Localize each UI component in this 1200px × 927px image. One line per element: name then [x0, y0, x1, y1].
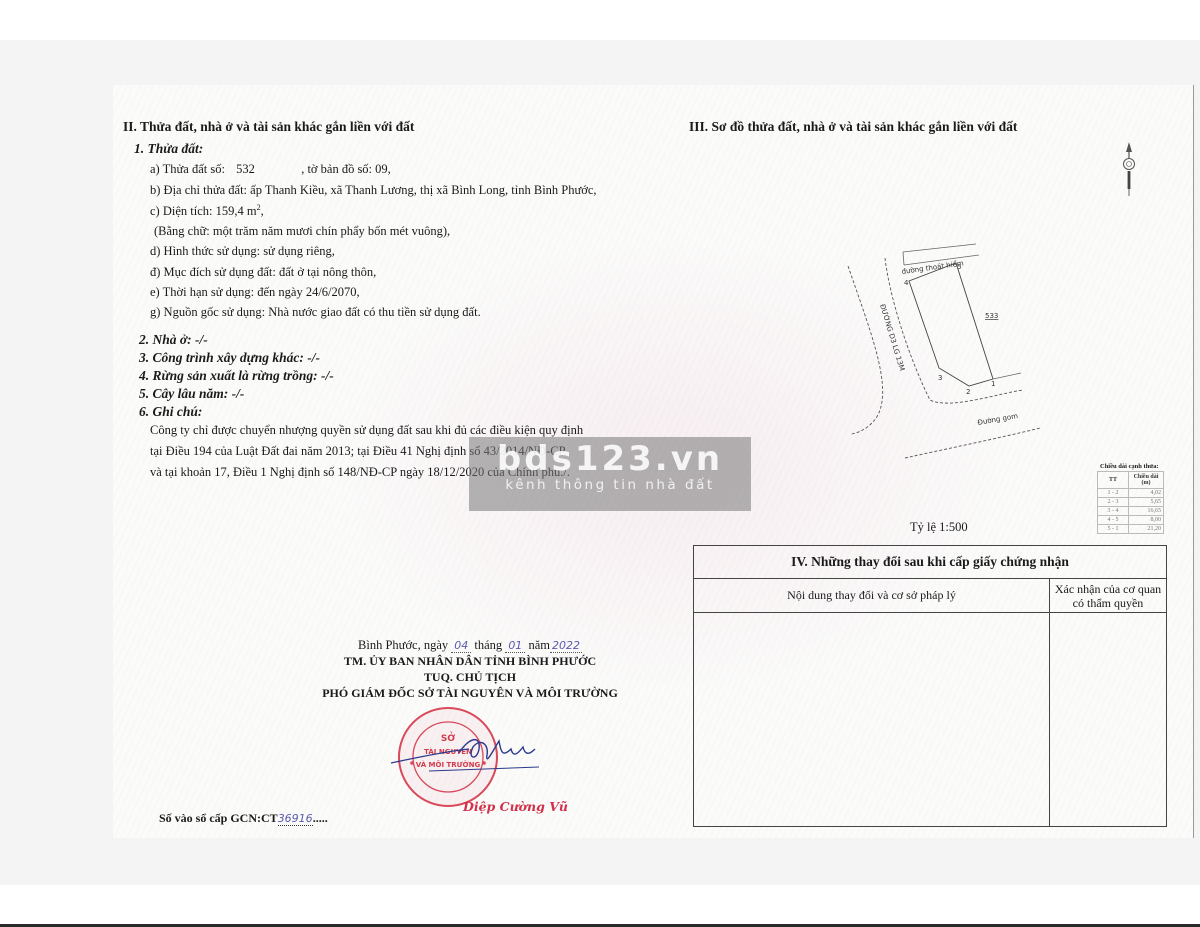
column-divider: [1049, 579, 1050, 826]
table-row: 5 - 121,20: [1098, 525, 1164, 534]
edge-length-table: TT Chiều dài (m) 1 - 24,02 2 - 35,65 3 -…: [1097, 471, 1164, 534]
main-road-label: ĐƯỜNG D3 LG 13M: [878, 303, 907, 372]
parcel-address: b) Địa chỉ thửa đất: ấp Thanh Kiều, xã T…: [150, 183, 597, 198]
parcel-area-words: (Bằng chữ: một trăm năm mươi chín phẩy b…: [154, 224, 450, 239]
parcel-number: 532: [228, 162, 298, 177]
usage-form: d) Hình thức sử dụng: sử dụng riêng,: [150, 244, 335, 259]
edge-id: 5 - 1: [1098, 525, 1129, 534]
registry-number: 36916: [278, 812, 313, 826]
neighbor-parcel-label: 533: [985, 312, 998, 320]
changes-table: IV. Những thay đổi sau khi cấp giấy chứn…: [693, 545, 1167, 827]
authority-confirmation-header: Xác nhận của cơ quancó thẩm quyền: [1050, 579, 1166, 612]
usage-origin: g) Nguồn gốc sử dụng: Nhà nước giao đất …: [150, 305, 481, 320]
point-label: 5: [957, 263, 961, 271]
year-label: năm: [528, 638, 550, 652]
house-line: 2. Nhà ở: -/-: [139, 332, 208, 348]
edge-length: 21,20: [1129, 525, 1164, 534]
section4-title: IV. Những thay đổi sau khi cấp giấy chứn…: [694, 546, 1166, 579]
other-construction-line: 3. Công trình xây dựng khác: -/-: [139, 350, 320, 366]
land-certificate-page: II. Thửa đất, nhà ở và tài sản khác gắn …: [113, 85, 1194, 838]
signature-line-1: TM. ỦY BAN NHÂN DÂN TỈNH BÌNH PHƯỚC: [270, 654, 670, 669]
north-arrow-icon: [1119, 140, 1139, 198]
date-prefix: Bình Phước, ngày: [358, 638, 448, 652]
section2-title: II. Thửa đất, nhà ở và tài sản khác gắn …: [123, 119, 414, 135]
signature-line-2: TUQ. CHỦ TỊCH: [270, 670, 670, 685]
changes-content-header: Nội dung thay đổi và cơ sở pháp lý: [694, 579, 1049, 612]
edge-table-header: Chiều dài (m): [1129, 472, 1164, 489]
date-month: 01: [505, 639, 525, 653]
authority-header-line: Xác nhận của cơ quan: [1055, 582, 1161, 596]
edge-table-title: Chiều dài cạnh thửa:: [1100, 463, 1159, 470]
signature-date: Bình Phước, ngày 04 tháng 01 năm2022: [320, 638, 620, 653]
signature-line-3: PHÓ GIÁM ĐỐC SỞ TÀI NGUYÊN VÀ MÔI TRƯỜNG: [270, 686, 670, 701]
point-label: 3: [938, 374, 942, 382]
point-label: 2: [966, 388, 970, 396]
date-day: 04: [451, 639, 471, 653]
table-row: 4 - 58,00: [1098, 516, 1164, 525]
usage-term: e) Thời hạn sử dụng: đến ngày 24/6/2070,: [150, 285, 360, 300]
notes-line: Công ty chỉ được chuyển nhượng quyền sử …: [150, 423, 583, 438]
parcel-number-label: a) Thửa đất số:: [150, 162, 225, 176]
signer-name: Diệp Cường Vũ: [463, 799, 568, 814]
changes-table-header: Nội dung thay đổi và cơ sở pháp lý Xác n…: [694, 579, 1166, 613]
registry-number-line: Số vào sổ cấp GCN:CT36916.....: [159, 811, 328, 826]
area-suffix: ,: [261, 204, 264, 218]
parcel-heading: 1. Thửa đất:: [134, 141, 203, 157]
notes-heading: 6. Ghi chú:: [139, 404, 202, 420]
production-forest-line: 4. Rừng sản xuất là rừng trồng: -/-: [139, 368, 334, 384]
table-row: 2 - 35,65: [1098, 498, 1164, 507]
registry-dots: .....: [313, 811, 328, 825]
edge-table-header: TT: [1098, 472, 1129, 489]
section3-title: III. Sơ đồ thửa đất, nhà ở và tài sản kh…: [689, 119, 1017, 135]
parcel-area: c) Diện tích: 159,4 m2,: [150, 203, 264, 219]
usage-purpose: đ) Mục đích sử dụng đất: đất ở tại nông …: [150, 265, 376, 280]
edge-id: 4 - 5: [1098, 516, 1129, 525]
edge-length: 4,02: [1129, 489, 1164, 498]
edge-id: 3 - 4: [1098, 507, 1129, 516]
date-year: 2022: [550, 639, 582, 653]
diagram-scale: Tỷ lệ 1:500: [910, 520, 968, 535]
edge-id: 2 - 3: [1098, 498, 1129, 507]
alley-label: Đường gom: [977, 412, 1019, 427]
area-label: c) Diện tích: 159,4 m: [150, 204, 257, 218]
authority-header-line: có thẩm quyền: [1073, 596, 1144, 610]
watermark-brand: bds123.vn: [469, 437, 751, 481]
edge-length: 5,65: [1129, 498, 1164, 507]
map-sheet: , tờ bản đồ số: 09,: [301, 162, 391, 176]
parcel-number-line: a) Thửa đất số: 532 , tờ bản đồ số: 09,: [150, 162, 391, 177]
edge-length: 16,65: [1129, 507, 1164, 516]
point-label: 1: [991, 380, 995, 388]
signature-scribble-icon: [389, 727, 549, 777]
registry-label: Số vào sổ cấp GCN:CT: [159, 811, 278, 825]
table-row: 3 - 416,65: [1098, 507, 1164, 516]
parcel-diagram: đường thoát hiểm ĐƯỜNG D3 LG 13M Đường g…: [840, 240, 1040, 460]
watermark: bds123.vn kênh thông tin nhà đất: [469, 437, 751, 511]
point-label: 4: [904, 279, 909, 287]
month-label: tháng: [474, 638, 502, 652]
watermark-tagline: kênh thông tin nhà đất: [469, 477, 751, 493]
edge-length: 8,00: [1129, 516, 1164, 525]
perennial-trees-line: 5. Cây lâu năm: -/-: [139, 386, 244, 402]
edge-id: 1 - 2: [1098, 489, 1129, 498]
table-row: 1 - 24,02: [1098, 489, 1164, 498]
